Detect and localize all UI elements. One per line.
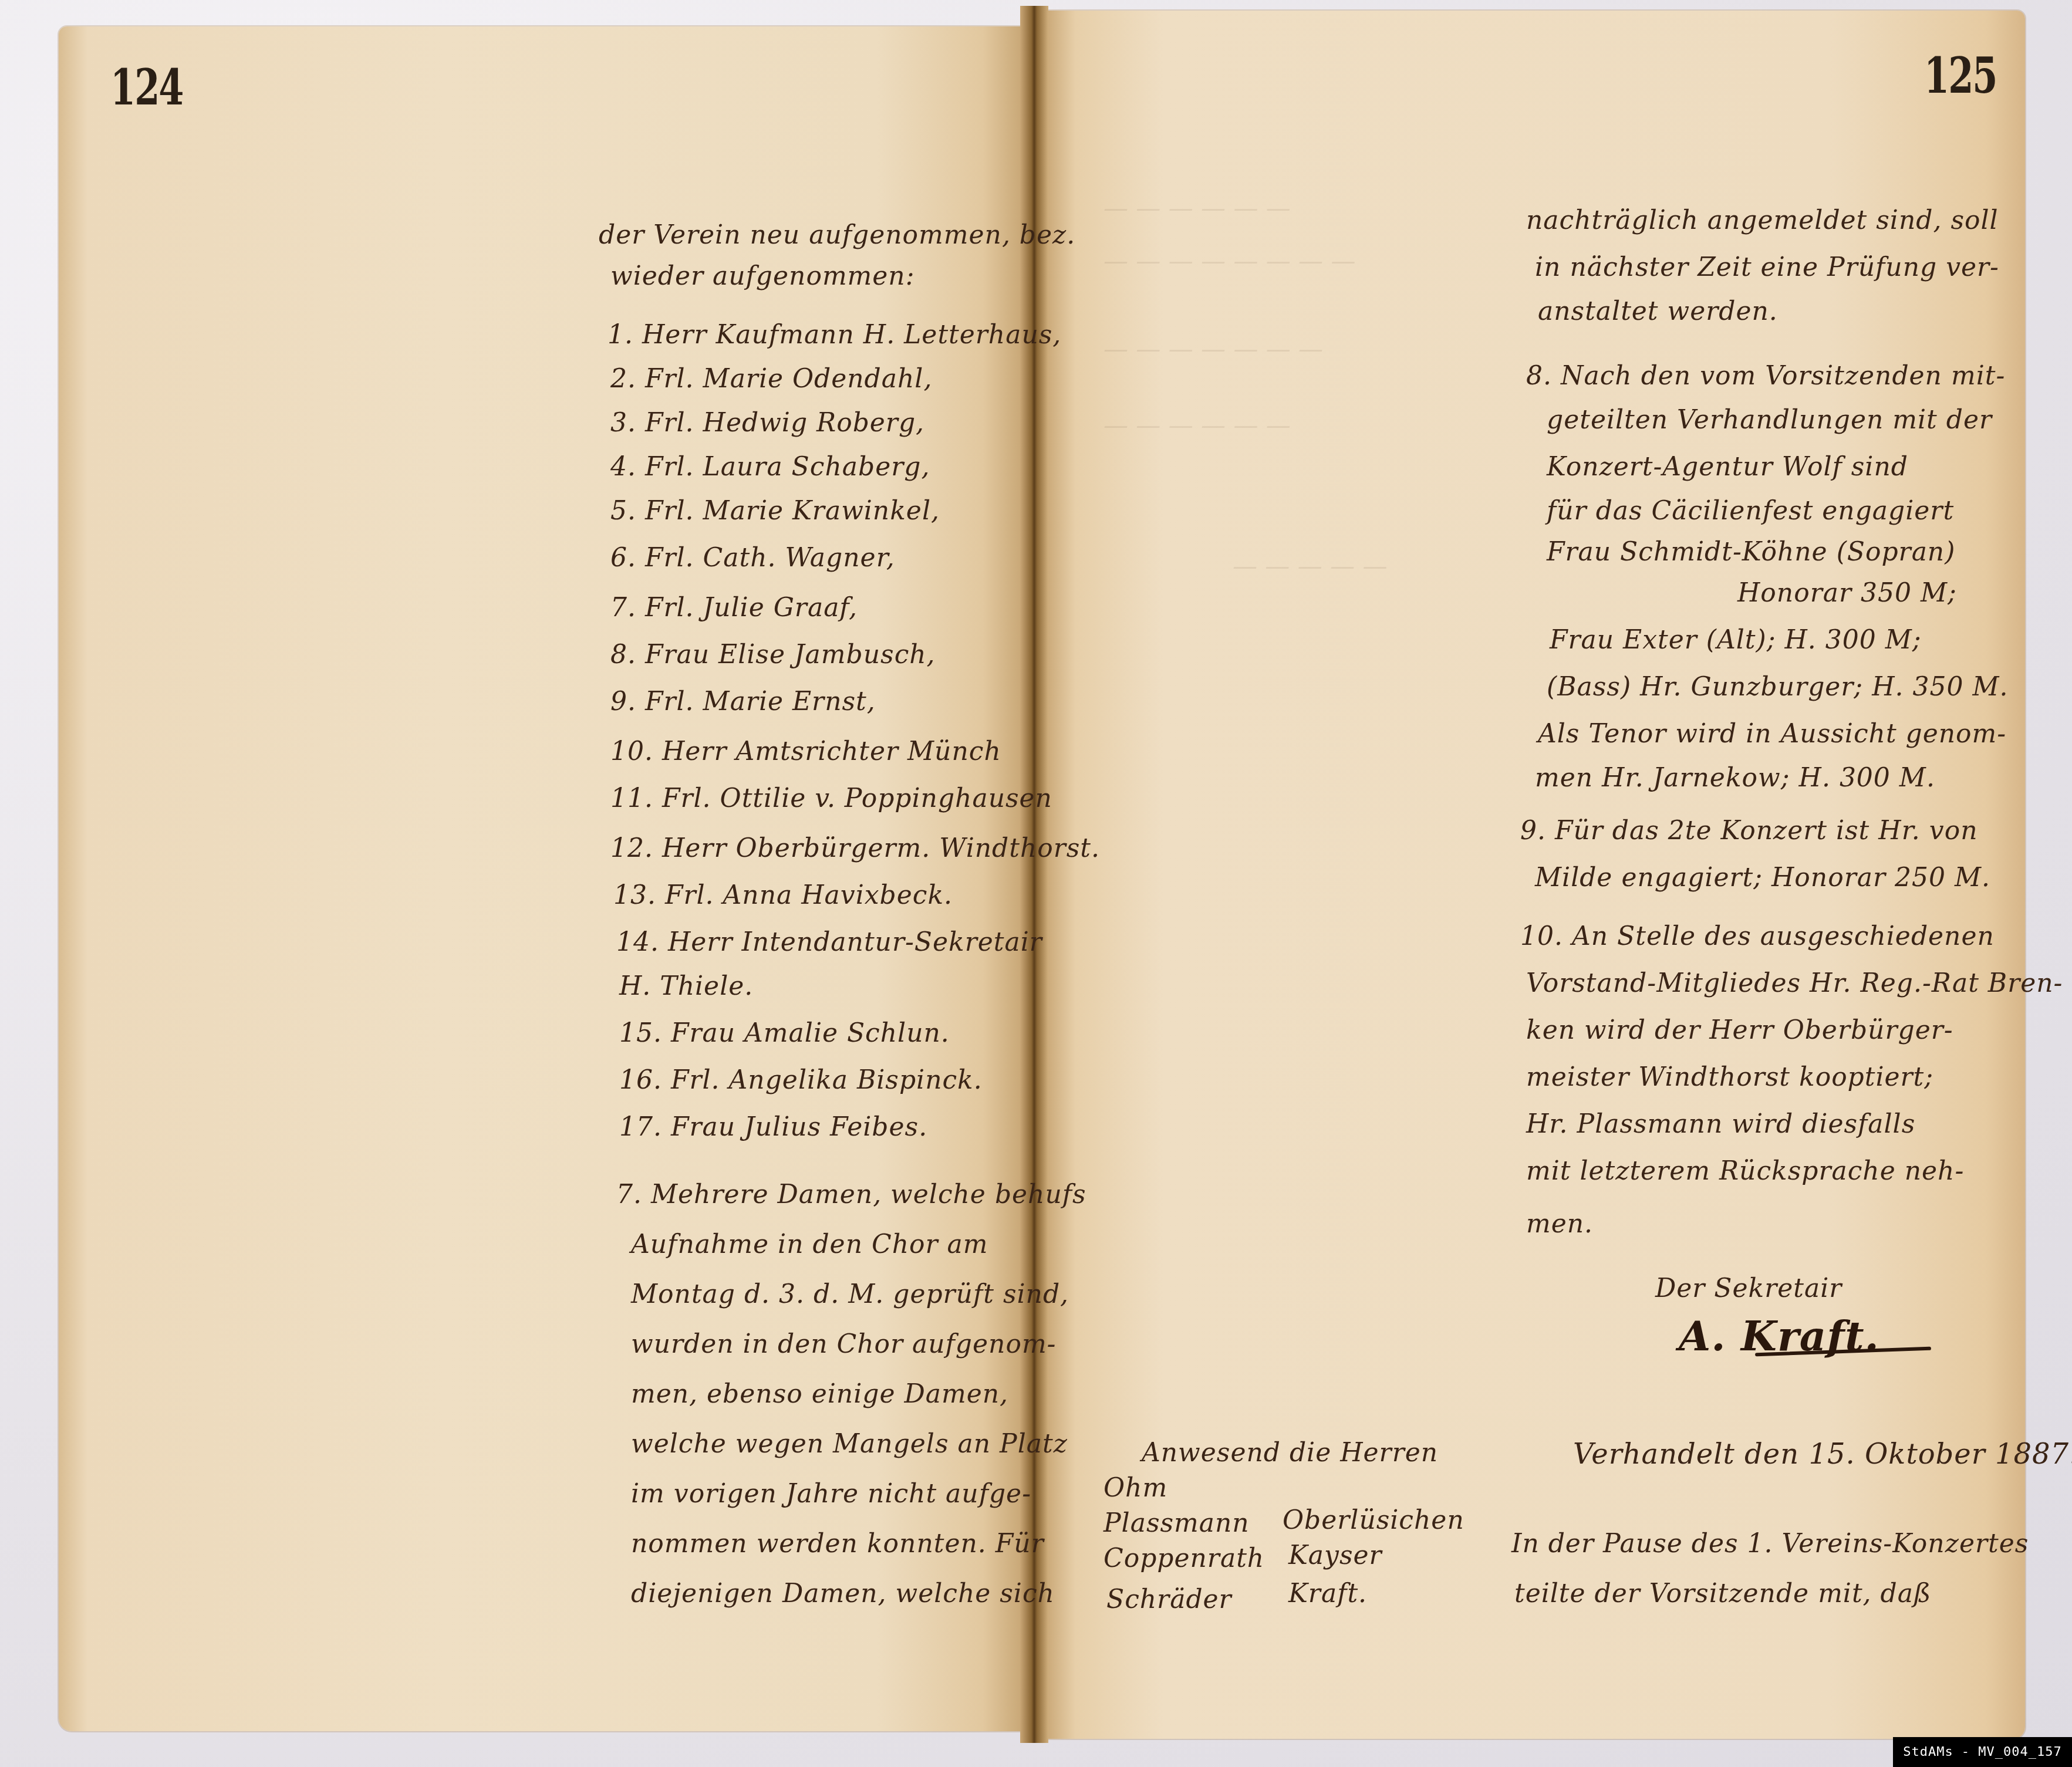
page-number-right: 125 xyxy=(1924,47,1996,105)
member-list-item: 3. Frl. Hedwig Roberg, xyxy=(610,408,924,438)
attendee-name: Kayser xyxy=(1288,1540,1382,1570)
member-list-item: 16. Frl. Angelika Bispinck. xyxy=(619,1065,983,1095)
text-line: diejenigen Damen, welche sich xyxy=(631,1579,1055,1609)
text-line: im vorigen Jahre nicht aufge- xyxy=(631,1479,1031,1509)
bleed-through-text: — — — — — xyxy=(1233,552,1387,580)
member-list-item: 4. Frl. Laura Schaberg, xyxy=(610,452,930,482)
text-line: Als Tenor wird in Aussicht genom- xyxy=(1538,719,2006,749)
text-line: geteilten Verhandlungen mit der xyxy=(1547,405,1992,435)
member-list-item: 9. Frl. Marie Ernst, xyxy=(610,687,876,717)
text-line: 10. An Stelle des ausgeschiedenen xyxy=(1520,921,1995,951)
bleed-through-text: — — — — — — xyxy=(1104,194,1291,222)
member-list-item: 7. Frl. Julie Graaf, xyxy=(610,593,858,623)
attendance-heading: Anwesend die Herren xyxy=(1142,1438,1438,1468)
member-list-item: 10. Herr Amtsrichter Münch xyxy=(610,736,1001,766)
attendee-name: Schräder xyxy=(1106,1584,1232,1614)
member-list-item: 1. Herr Kaufmann H. Letterhaus, xyxy=(608,320,1061,350)
member-list-item: 14. Herr Intendantur-Sekretair xyxy=(616,927,1042,957)
member-list-item: 15. Frau Amalie Schlun. xyxy=(619,1018,950,1048)
attendee-name: Coppenrath xyxy=(1104,1543,1264,1573)
page-number-left: 124 xyxy=(110,59,183,117)
member-list-item: 5. Frl. Marie Krawinkel, xyxy=(610,496,940,526)
text-line: Aufnahme in den Chor am xyxy=(631,1229,988,1259)
member-list-item: H. Thiele. xyxy=(619,971,753,1001)
text-line: (Bass) Hr. Gunzburger; H. 350 M. xyxy=(1547,672,2009,702)
text-line: teilte der Vorsitzende mit, daß xyxy=(1514,1579,1931,1609)
text-line: Konzert-Agentur Wolf sind xyxy=(1547,452,1908,482)
text-line: Hr. Plassmann wird diesfalls xyxy=(1526,1109,1915,1139)
member-list-item: 8. Frau Elise Jambusch, xyxy=(610,640,936,670)
attendee-name: Plassmann xyxy=(1104,1508,1250,1538)
text-line: wurden in den Chor aufgenom- xyxy=(631,1329,1056,1359)
signature-title: Der Sekretair xyxy=(1655,1273,1842,1303)
text-line: In der Pause des 1. Vereins-Konzertes xyxy=(1511,1529,2029,1559)
archive-caption: StdAMs - MV_004_157 xyxy=(1893,1737,2072,1767)
text-line: men, ebenso einige Damen, xyxy=(631,1379,1008,1409)
text-line: Frau Schmidt-Köhne (Sopran) xyxy=(1547,537,1955,567)
text-line: mit letzterem Rücksprache neh- xyxy=(1526,1156,1964,1186)
bleed-through-text: — — — — — — — xyxy=(1104,335,1323,363)
member-list-item: 13. Frl. Anna Havixbeck. xyxy=(613,880,953,910)
member-list-item: 12. Herr Oberbürgerm. Windthorst. xyxy=(610,833,1100,863)
member-list-item: 17. Frau Julius Feibes. xyxy=(619,1112,927,1142)
attendee-name: Oberlüsichen xyxy=(1283,1505,1464,1535)
text-line: 9. Für das 2te Konzert ist Hr. von xyxy=(1520,816,1978,846)
member-list-item: 6. Frl. Cath. Wagner, xyxy=(610,543,895,573)
text-line: nachträglich angemeldet sind, soll xyxy=(1526,205,1999,235)
text-line: welche wegen Mangels an Platz xyxy=(631,1429,1068,1459)
text-line: für das Cäcilienfest engagiert xyxy=(1547,496,1954,526)
text-line: Honorar 350 M; xyxy=(1737,578,1957,608)
text-line: Frau Exter (Alt); H. 300 M; xyxy=(1550,625,1922,655)
attendee-name: Ohm xyxy=(1104,1473,1167,1503)
text-line: in nächster Zeit eine Prüfung ver- xyxy=(1535,252,1999,282)
text-line: men Hr. Jarnekow; H. 300 M. xyxy=(1535,763,1935,793)
member-list-item: 11. Frl. Ottilie v. Poppinghausen xyxy=(610,783,1052,813)
text-line: 8. Nach den vom Vorsitzenden mit- xyxy=(1526,361,2005,391)
text-line: anstaltet werden. xyxy=(1538,296,1778,326)
text-line: wieder aufgenommen: xyxy=(610,261,915,291)
bleed-through-text: — — — — — — — — xyxy=(1104,246,1355,275)
text-line: Vorstand-Mitgliedes Hr. Reg.-Rat Bren- xyxy=(1526,968,2063,998)
text-line: meister Windthorst kooptiert; xyxy=(1526,1062,1933,1092)
text-line: men. xyxy=(1526,1209,1593,1239)
bleed-through-text: — — — — — — xyxy=(1104,411,1291,440)
text-line: ken wird der Herr Oberbürger- xyxy=(1526,1015,1953,1045)
text-line: 7. Mehrere Damen, welche behufs xyxy=(616,1180,1086,1209)
member-list-item: 2. Frl. Marie Odendahl, xyxy=(610,364,932,394)
text-line: der Verein neu aufgenommen, bez. xyxy=(599,220,1075,250)
text-line: Milde engagiert; Honorar 250 M. xyxy=(1535,863,1990,893)
entry-heading: Verhandelt den 15. Oktober 1887. xyxy=(1573,1438,2072,1471)
text-line: nommen werden konnten. Für xyxy=(631,1529,1044,1559)
text-line: Montag d. 3. d. M. geprüft sind, xyxy=(631,1279,1069,1309)
attendee-name: Kraft. xyxy=(1288,1579,1367,1609)
